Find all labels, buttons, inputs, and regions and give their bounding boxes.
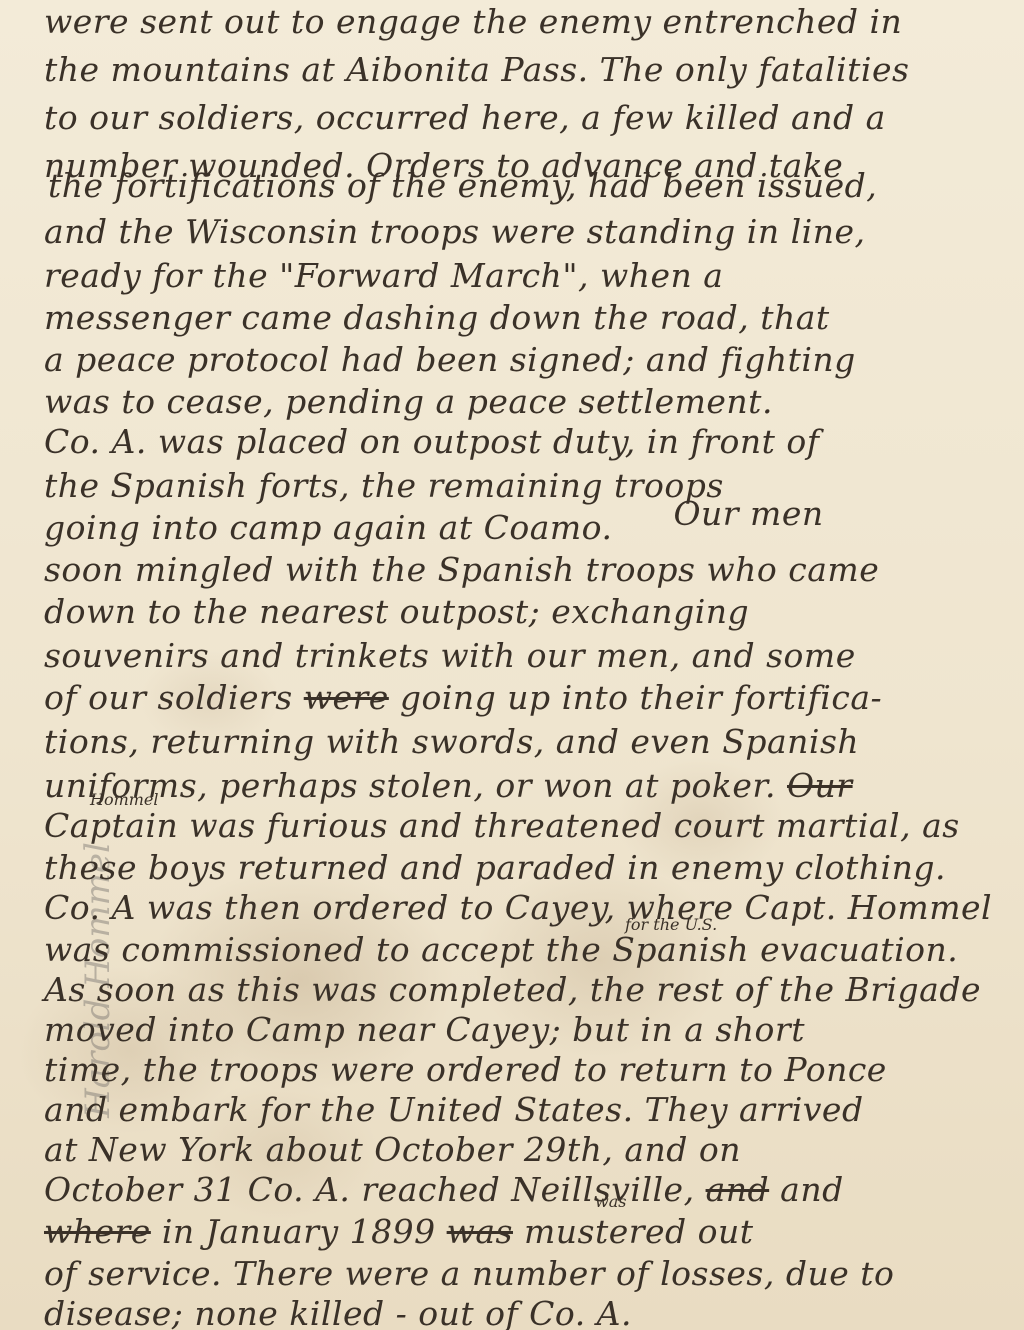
text-line-19: uniforms, perhaps stolen, or won at poke… [44,766,853,805]
text-line-30-main: in January 1899 [162,1212,436,1251]
text-line-6: and the Wisconsin troops were standing i… [44,212,865,251]
text-line-16: souvenirs and trinkets with our men, and… [44,636,856,675]
struck-word: Our [787,766,853,805]
text-line-29-tail: and [780,1170,844,1209]
text-line-17: of our soldiers were going up into their… [44,678,882,717]
text-line-25: moved into Camp near Cayey; but in a sho… [44,1010,805,1049]
text-line-28: at New York about October 29th, and on [44,1130,741,1169]
text-line-17-tail: going up into their fortifica- [400,678,882,717]
text-line-26: time, the troops were ordered to return … [44,1050,887,1089]
text-line-30-tail: mustered out [524,1212,754,1251]
struck-word: where [44,1212,151,1251]
text-line-32: disease; none killed - out of Co. A. [44,1294,632,1330]
text-line-9: a peace protocol had been signed; and fi… [44,340,856,379]
text-line-10: was to cease, pending a peace settlement… [44,382,773,421]
struck-word: was [447,1212,513,1251]
struck-word: were [304,678,389,717]
text-line-15: down to the nearest outpost; exchanging [44,592,749,631]
text-line-21: these boys returned and paraded in enemy… [44,848,946,887]
text-line-5: the fortifications of the enemy, had bee… [48,166,877,205]
insertion-was: was [595,1192,626,1211]
text-line-30: where in January 1899 was mustered out [44,1212,754,1251]
text-line-13: going into camp again at Coamo. Our men [44,508,824,547]
text-line-22: Co. A was then ordered to Cayey, where C… [44,888,992,927]
text-line-23: was commissioned to accept the Spanish e… [44,930,958,969]
struck-word: and [706,1170,770,1209]
text-line-17-main: of our soldiers [44,678,293,717]
text-line-13-tail: Our men [673,494,823,533]
text-line-11: Co. A. was placed on outpost duty, in fr… [44,422,819,461]
text-line-7: ready for the "Forward March", when a [44,256,723,295]
text-line-13-main: going into camp again at Coamo. [44,508,612,547]
text-line-20: Captain was furious and threatened court… [44,806,960,845]
text-line-18: tions, returning with swords, and even S… [44,722,859,761]
text-line-2: the mountains at Aibonita Pass. The only… [44,50,909,89]
text-line-31: of service. There were a number of losse… [44,1254,894,1293]
text-line-14: soon mingled with the Spanish troops who… [44,550,879,589]
manuscript-page: Harold Hommel were sent out to engage th… [0,0,1024,1330]
text-line-3: to our soldiers, occurred here, a few ki… [44,98,886,137]
text-line-27: and embark for the United States. They a… [44,1090,864,1129]
text-line-8: messenger came dashing down the road, th… [44,298,830,337]
text-line-12: the Spanish forts, the remaining troops [44,466,724,505]
text-line-29: October 31 Co. A. reached Neillsville, a… [44,1170,844,1209]
text-line-1: were sent out to engage the enemy entren… [44,2,902,41]
text-line-24: As soon as this was completed, the rest … [44,970,981,1009]
